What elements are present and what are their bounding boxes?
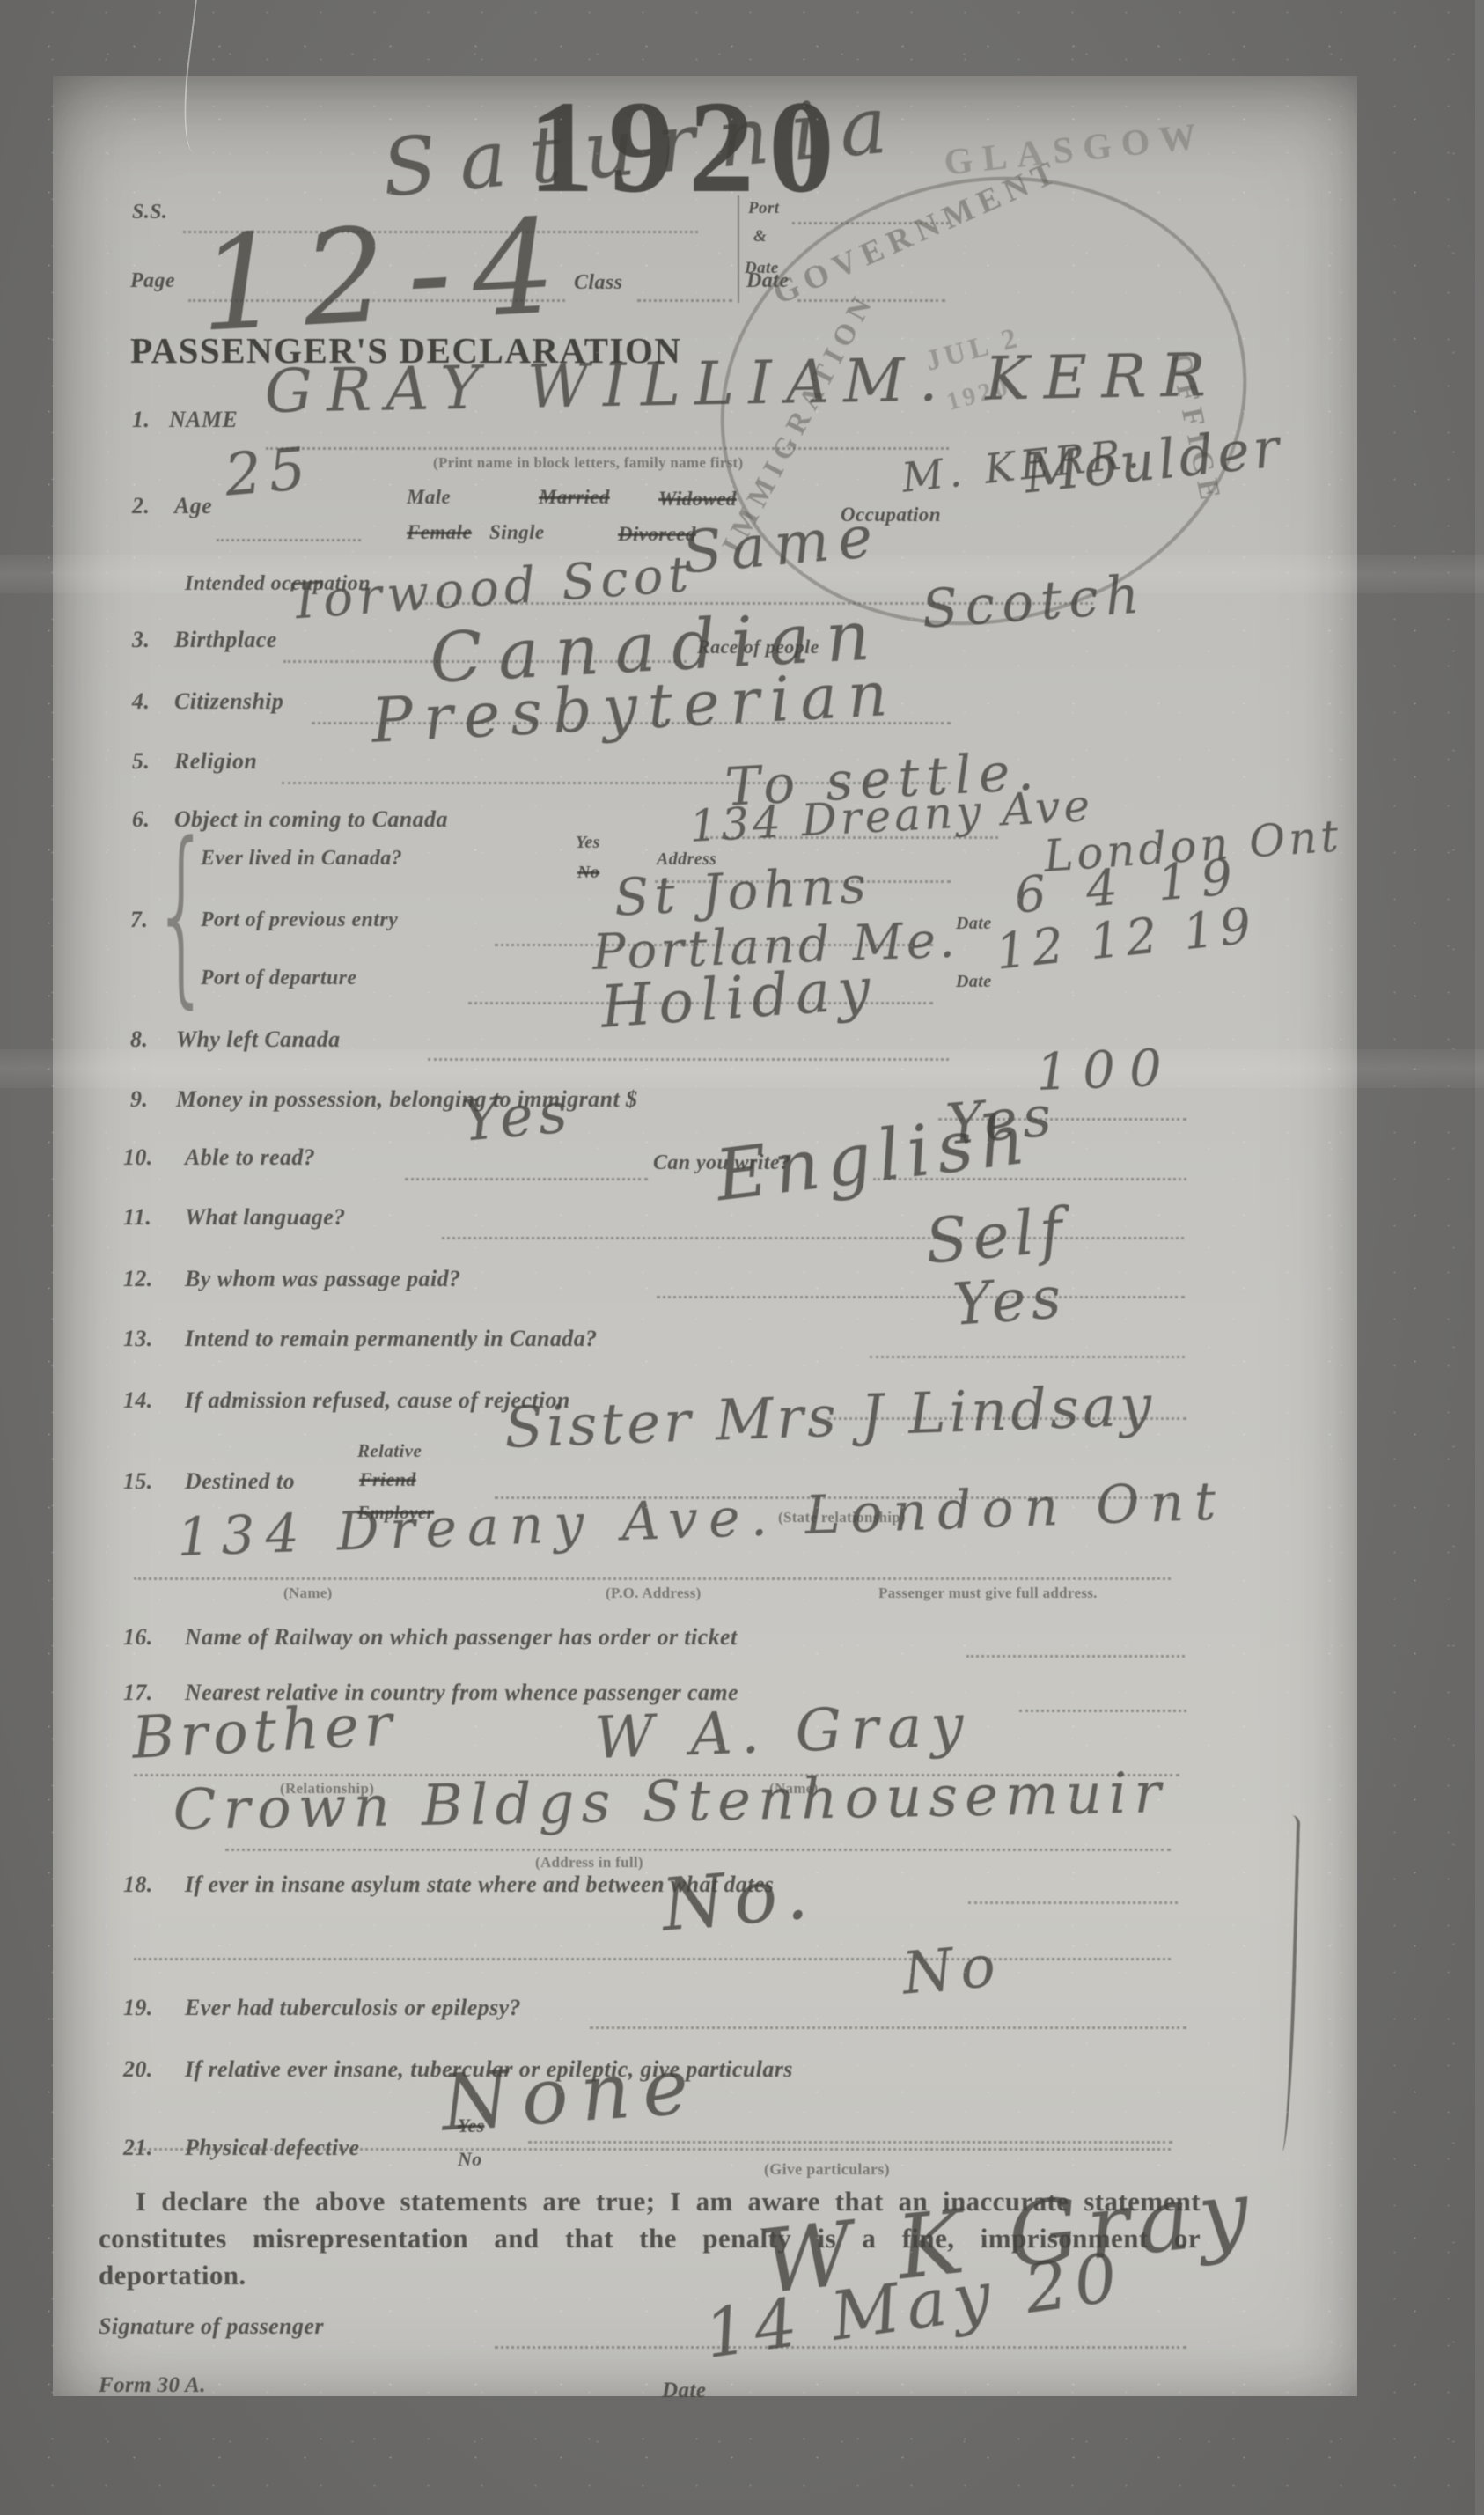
item2-widowed-option-struck: Widowed [658, 488, 737, 511]
item17-address-hint: (Address in full) [535, 1854, 643, 1872]
item1-hint: (Print name in block letters, family nam… [433, 454, 743, 472]
item19-number: 19. [123, 1995, 153, 2021]
item18-number: 18. [123, 1872, 153, 1898]
item2-age-label: Age [174, 493, 212, 519]
item21-label: Physical defective [185, 2135, 360, 2161]
microfilm-photo: 1920 Saturnia S.S. Port & Date Page 12-4… [0, 0, 1484, 2515]
item5-religion-label: Religion [174, 748, 257, 775]
pen-bracket-mark [1275, 1815, 1301, 2151]
item16-number: 16. [123, 1624, 153, 1651]
item8-number: 8. [130, 1026, 148, 1053]
item16-dotted-line [966, 1655, 1185, 1658]
item7-yes-option: Yes [576, 833, 600, 853]
item6-object-label: Object in coming to Canada [174, 806, 448, 833]
item11-handwritten: English [711, 1097, 1037, 1217]
item15-friend-option-struck: Friend [359, 1468, 416, 1491]
form-number-label: Form 30 A. [99, 2373, 206, 2398]
item18-dotted-line-1 [968, 1901, 1178, 1904]
item11-number: 11. [123, 1204, 151, 1231]
item12-label: By whom was passage paid? [185, 1266, 460, 1292]
item15-name-hint: (Name) [283, 1585, 333, 1602]
item21-dotted-line [528, 2141, 1172, 2144]
item7-lived-label: Ever lived in Canada? [201, 847, 402, 871]
item1-number: 1. [132, 407, 150, 433]
item7-no-option-struck: No [577, 863, 599, 883]
item2-age-handwritten: 25 [222, 434, 315, 509]
item11-dotted-line [442, 1237, 1184, 1239]
item15-destined-handwritten: Sister Mrs J Lindsay [503, 1373, 1156, 1461]
footer-date-label: Date [662, 2379, 706, 2403]
item21-yes-option-struck: Yes [458, 2114, 485, 2137]
item2-single-option: Single [489, 521, 544, 544]
item18-handwritten: No. [658, 1851, 819, 1948]
item9-handwritten: 100 [1035, 1037, 1177, 1101]
item2-male-option: Male [407, 486, 451, 509]
item17-dotted-line-3 [225, 1849, 1171, 1851]
item1-name-label: NAME [169, 407, 238, 433]
item19-label: Ever had tuberculosis or epilepsy? [185, 1995, 521, 2021]
item10-read-dotted-line [405, 1178, 648, 1180]
ss-label: S.S. [132, 201, 167, 224]
item21-number: 21. [123, 2135, 153, 2161]
item15-destined-label: Destined to [185, 1468, 295, 1495]
item12-number: 12. [123, 1266, 153, 1292]
card-content: 1920 Saturnia S.S. Port & Date Page 12-4… [0, 0, 1484, 2515]
item21-hint: (Give particulars) [764, 2160, 890, 2179]
item4-number: 4. [132, 688, 150, 715]
class-label: Class [574, 271, 622, 295]
item12-dotted-line [657, 1296, 1185, 1298]
item7-departure-label: Port of departure [201, 967, 356, 990]
item2-age-dotted-line [217, 539, 361, 541]
item15-full-address-hint: Passenger must give full address. [878, 1585, 1098, 1602]
signature-label: Signature of passenger [99, 2313, 324, 2340]
item11-label: What language? [185, 1204, 346, 1231]
item10-read-label: Able to read? [185, 1144, 315, 1171]
item3-number: 3. [132, 627, 150, 653]
item13-handwritten: Yes [951, 1263, 1069, 1339]
item13-number: 13. [123, 1326, 153, 1352]
item14-number: 14. [123, 1387, 153, 1414]
item8-dotted-line [428, 1058, 949, 1061]
item2-married-option-struck: Married [539, 486, 610, 509]
item13-dotted-line [870, 1356, 1185, 1358]
item17-dotted-line-1 [1019, 1710, 1186, 1712]
item17-number: 17. [123, 1680, 153, 1706]
item15-relative-option: Relative [357, 1440, 422, 1462]
item1-dotted-line [266, 447, 949, 450]
item19-handwritten: No [900, 1931, 1005, 2008]
item17-relationship-handwritten: Brother [130, 1690, 399, 1772]
item7-entry-label: Port of previous entry [201, 908, 398, 932]
item8-label: Why left Canada [176, 1026, 341, 1053]
item17-name-handwritten: W A. Gray [593, 1691, 973, 1772]
item2-female-option-struck: Female [407, 521, 472, 544]
item19-dotted-line [590, 2026, 1186, 2029]
item3-birthplace-label: Birthplace [174, 627, 277, 653]
item15-dotted-line-2 [134, 1577, 1171, 1580]
item10-read-handwritten: Yes [459, 1080, 575, 1155]
item20-number: 20. [123, 2056, 153, 2083]
item2-number: 2. [132, 493, 150, 519]
item10-number: 10. [123, 1144, 153, 1171]
item18-dotted-line-2 [134, 1958, 1171, 1960]
item6-number: 6. [132, 806, 150, 833]
item7-departure-date-label: Date [956, 972, 991, 992]
item15-number: 15. [123, 1468, 153, 1495]
page-label: Page [130, 269, 175, 293]
item15-address-handwritten: 134 Dreany Ave. London Ont [176, 1470, 1227, 1569]
item7-number: 7. [130, 907, 148, 933]
item5-number: 5. [132, 748, 150, 775]
item13-label: Intend to remain permanently in Canada? [185, 1326, 598, 1352]
item16-label: Name of Railway on which passenger has o… [185, 1624, 738, 1651]
item7-entry-date-label: Date [956, 914, 991, 934]
item21-no-option: No [458, 2148, 482, 2171]
item9-number: 9. [130, 1086, 148, 1113]
item4-citizenship-label: Citizenship [174, 688, 283, 715]
item15-po-address-hint: (P.O. Address) [606, 1585, 702, 1602]
